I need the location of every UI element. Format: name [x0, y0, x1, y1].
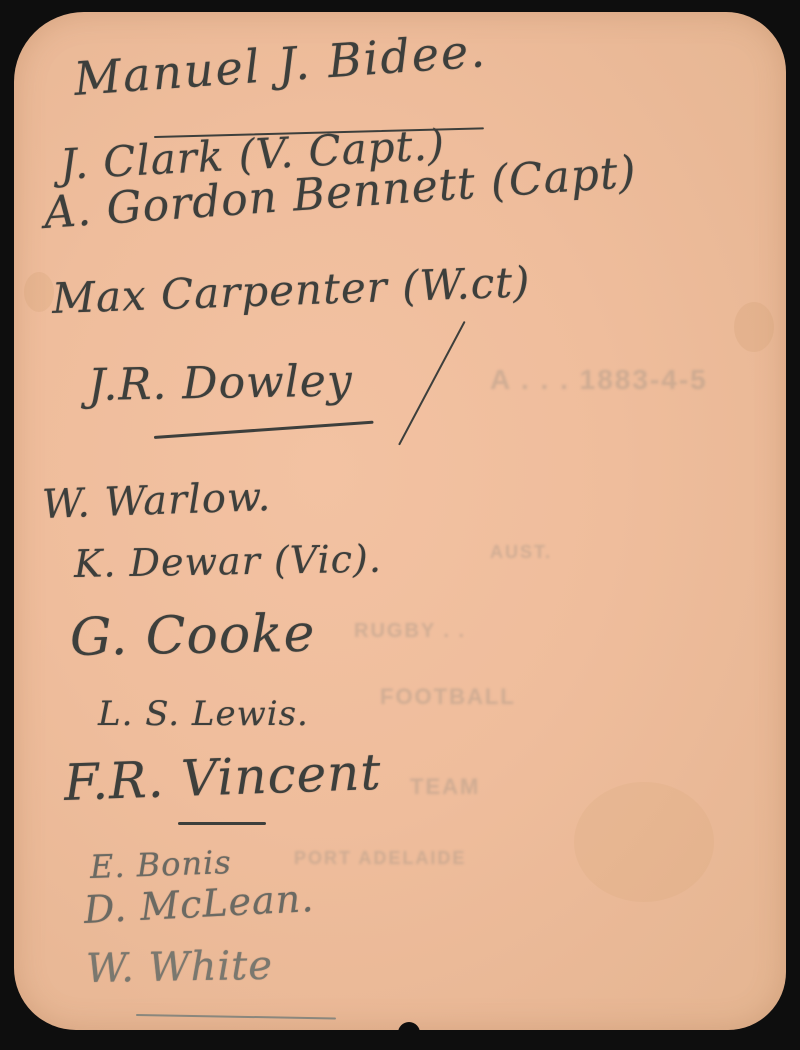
checkmark-stroke	[398, 321, 465, 446]
signature-line: E. Bonis	[89, 843, 232, 886]
signature-line: G. Cooke	[69, 604, 315, 668]
ghost-mark: A . . . 1883-4-5	[490, 364, 708, 396]
ghost-mark: AUST.	[490, 542, 552, 563]
stain	[574, 782, 714, 902]
signature-line: F.R. Vincent	[63, 743, 382, 812]
ghost-mark: FOOTBALL	[380, 684, 516, 710]
signature-line: J.R. Dowley	[88, 355, 354, 411]
signature-line: W. Warlow.	[41, 474, 272, 528]
signature-line: K. Dewar (Vic).	[74, 537, 383, 586]
signature-line: Max Carpenter (W.ct)	[51, 257, 531, 323]
signature-line: Manuel J. Bidee.	[72, 23, 488, 106]
ghost-mark: PORT ADELAIDE	[294, 848, 466, 869]
ghost-mark: RUGBY . .	[354, 620, 466, 643]
ghost-mark: TEAM	[410, 774, 480, 800]
stain	[734, 302, 774, 352]
autograph-card: A . . . 1883-4-5 AUST. RUGBY . . FOOTBAL…	[14, 12, 786, 1030]
underline-stroke	[178, 822, 266, 825]
signature-line: L. S. Lewis.	[98, 694, 309, 734]
signature-line: W. White	[86, 943, 274, 992]
stain	[24, 272, 54, 312]
flourish-stroke	[136, 1014, 336, 1019]
flourish-stroke	[154, 421, 374, 439]
